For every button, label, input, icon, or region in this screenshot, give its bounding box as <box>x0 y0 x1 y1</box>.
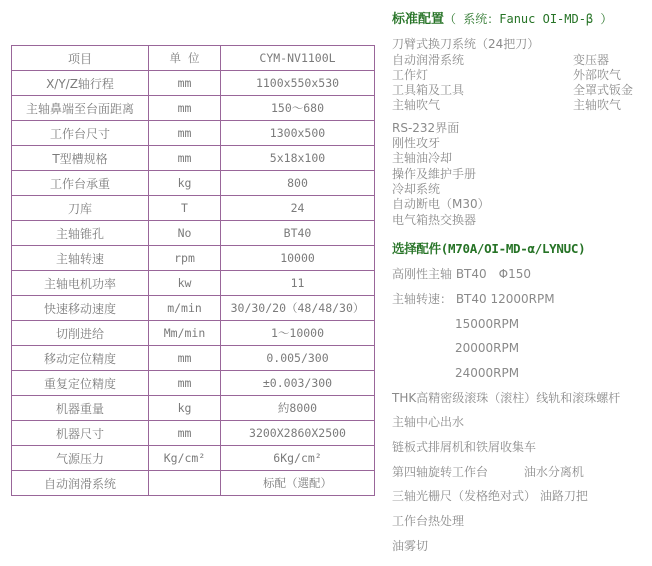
value-cell: 0.005/300 <box>221 346 375 371</box>
standard-item-pair: 自动润滑系统变压器 <box>392 53 652 68</box>
value-cell: BT40 <box>221 221 375 246</box>
option-item: 油雾切 <box>392 534 652 559</box>
table-row: 工作台尺寸mm1300x500 <box>12 121 375 146</box>
unit-cell: Mm/min <box>149 321 221 346</box>
option-item-left: 三轴光栅尺（发格绝对式） <box>392 484 536 509</box>
standard-item: 自动润滑系统 <box>392 53 573 68</box>
item-cell: 主轴鼻端至台面距离 <box>12 96 149 121</box>
standard-config-subtitle: （ 系统：Fanuc OI-MD-β ） <box>444 12 612 26</box>
unit-cell: mm <box>149 371 221 396</box>
optional-items-list: 高刚性主轴 BT40 Φ150主轴转速： BT40 12000RPM15000R… <box>392 262 652 558</box>
table-row: 气源压力Kg/cm²6Kg/cm² <box>12 446 375 471</box>
header-value-cell: CYM-NV1100L <box>221 46 375 71</box>
standard-config-heading: 标准配置（ 系统：Fanuc OI-MD-β ） <box>392 12 652 27</box>
table-row: 主轴转速rpm10000 <box>12 246 375 271</box>
item-cell: 气源压力 <box>12 446 149 471</box>
unit-cell: Kg/cm² <box>149 446 221 471</box>
header-item-cell: 项目 <box>12 46 149 71</box>
unit-cell: mm <box>149 96 221 121</box>
item-cell: 切削进给 <box>12 321 149 346</box>
item-cell: X/Y/Z轴行程 <box>12 71 149 96</box>
standard-item: 操作及維护手册 <box>392 167 652 182</box>
value-cell: 800 <box>221 171 375 196</box>
table-row: 工作台承重kg800 <box>12 171 375 196</box>
item-cell: 主轴转速 <box>12 246 149 271</box>
optional-parts-heading: 选择配件(M70A/OI-MD-α/LYNUC) <box>392 241 652 256</box>
table-row: 主轴鼻端至台面距离mm150～680 <box>12 96 375 121</box>
unit-cell: kg <box>149 396 221 421</box>
option-item: 第四轴旋转工作台 油水分离机 <box>392 460 652 485</box>
unit-cell: kg <box>149 171 221 196</box>
table-row: 主轴锥孔NoBT40 <box>12 221 375 246</box>
unit-cell: mm <box>149 146 221 171</box>
unit-cell: No <box>149 221 221 246</box>
option-item: THK高精密级滚珠（滚柱）线轨和滚珠螺杆 <box>392 386 652 411</box>
standard-item-pair: 工作灯外部吹气 <box>392 68 652 83</box>
unit-cell: kw <box>149 271 221 296</box>
item-cell: 主轴电机功率 <box>12 271 149 296</box>
standard-item-pair: 工具箱及工具全罩式钣金 <box>392 83 652 98</box>
standard-item: RS-232界面 <box>392 121 652 136</box>
standard-item: 变压器 <box>573 53 609 67</box>
value-cell: 3200X2860X2500 <box>221 421 375 446</box>
table-row: 重复定位精度mm±0.003/300 <box>12 371 375 396</box>
table-row: 机器尺寸mm3200X2860X2500 <box>12 421 375 446</box>
standard-config-title: 标准配置 <box>392 12 444 27</box>
item-cell: 主轴锥孔 <box>12 221 149 246</box>
option-item-left: 第四轴旋转工作台 <box>392 460 520 485</box>
header-unit-cell: 单 位 <box>149 46 221 71</box>
config-panel: 标准配置（ 系统：Fanuc OI-MD-β ） 刀臂式换刀系统（24把刀） 自… <box>392 12 652 559</box>
table-row: T型槽规格mm5x18x100 <box>12 146 375 171</box>
standard-item: 刚性攻牙 <box>392 136 652 151</box>
value-cell: 10000 <box>221 246 375 271</box>
standard-item: 工具箱及工具 <box>392 83 573 98</box>
option-item-right: 油路刀把 <box>540 489 588 503</box>
standard-item: 主轴吹气 <box>392 98 573 113</box>
option-item: 工作台热处理 <box>392 509 652 534</box>
value-cell: 11 <box>221 271 375 296</box>
item-cell: 快速移动速度 <box>12 296 149 321</box>
item-cell: 工作台尺寸 <box>12 121 149 146</box>
value-cell: 24 <box>221 196 375 221</box>
value-cell: 5x18x100 <box>221 146 375 171</box>
standard-item: 自动断电（M30） <box>392 197 652 212</box>
table-row: X/Y/Z轴行程mm1100x550x530 <box>12 71 375 96</box>
table-header-row: 项目单 位CYM-NV1100L <box>12 46 375 71</box>
value-cell: 150～680 <box>221 96 375 121</box>
item-cell: 自动润滑系统 <box>12 471 149 496</box>
option-item: 三轴光栅尺（发格绝对式） 油路刀把 <box>392 484 652 509</box>
standard-item: 全罩式钣金 <box>573 83 633 97</box>
option-item-right: 油水分离机 <box>524 465 584 479</box>
spec-table-body: 项目单 位CYM-NV1100LX/Y/Z轴行程mm1100x550x530主轴… <box>12 46 375 496</box>
standard-item: 工作灯 <box>392 68 573 83</box>
standard-item: 电气箱热交换器 <box>392 213 652 228</box>
unit-cell: mm <box>149 346 221 371</box>
standard-item: 冷却系统 <box>392 182 652 197</box>
value-cell: 1300x500 <box>221 121 375 146</box>
item-cell: 重复定位精度 <box>12 371 149 396</box>
standard-item-pair: 主轴吹气主轴吹气 <box>392 98 652 113</box>
option-item: 20000RPM <box>392 336 652 361</box>
item-cell: 工作台承重 <box>12 171 149 196</box>
standard-item: 主轴油冷却 <box>392 151 652 166</box>
option-item: 24000RPM <box>392 361 652 386</box>
value-cell: ±0.003/300 <box>221 371 375 396</box>
value-cell: 1～10000 <box>221 321 375 346</box>
table-row: 刀库T24 <box>12 196 375 221</box>
standard-two-col-list: 自动润滑系统变压器工作灯外部吹气工具箱及工具全罩式钣金主轴吹气主轴吹气 <box>392 53 652 114</box>
standard-items-list: RS-232界面刚性攻牙主轴油冷却操作及維护手册冷却系统自动断电（M30）电气箱… <box>392 121 652 228</box>
value-cell: 1100x550x530 <box>221 71 375 96</box>
unit-cell <box>149 471 221 496</box>
value-cell: 标配（選配） <box>221 471 375 496</box>
option-item: 高刚性主轴 BT40 Φ150 <box>392 262 652 287</box>
unit-cell: mm <box>149 71 221 96</box>
table-row: 切削进给Mm/min1～10000 <box>12 321 375 346</box>
unit-cell: m/min <box>149 296 221 321</box>
table-row: 主轴电机功率kw11 <box>12 271 375 296</box>
option-item: 主轴中心出水 <box>392 410 652 435</box>
value-cell: 6Kg/cm² <box>221 446 375 471</box>
option-item: 链板式排屑机和铁屑收集车 <box>392 435 652 460</box>
item-cell: 机器重量 <box>12 396 149 421</box>
item-cell: 移动定位精度 <box>12 346 149 371</box>
unit-cell: mm <box>149 121 221 146</box>
value-cell: 30/30/20（48/48/30） <box>221 296 375 321</box>
table-row: 自动润滑系统标配（選配） <box>12 471 375 496</box>
value-cell: 約8000 <box>221 396 375 421</box>
item-cell: T型槽规格 <box>12 146 149 171</box>
option-item: 15000RPM <box>392 312 652 337</box>
item-cell: 机器尺寸 <box>12 421 149 446</box>
spec-table: 项目单 位CYM-NV1100LX/Y/Z轴行程mm1100x550x530主轴… <box>11 45 375 496</box>
standard-item: 主轴吹气 <box>573 98 621 112</box>
unit-cell: T <box>149 196 221 221</box>
table-row: 机器重量kg約8000 <box>12 396 375 421</box>
unit-cell: rpm <box>149 246 221 271</box>
table-row: 移动定位精度mm0.005/300 <box>12 346 375 371</box>
item-cell: 刀库 <box>12 196 149 221</box>
standard-intro-item: 刀臂式换刀系统（24把刀） <box>392 37 652 52</box>
standard-item: 外部吹气 <box>573 68 621 82</box>
unit-cell: mm <box>149 421 221 446</box>
table-row: 快速移动速度m/min30/30/20（48/48/30） <box>12 296 375 321</box>
option-item: 主轴转速： BT40 12000RPM <box>392 287 652 312</box>
